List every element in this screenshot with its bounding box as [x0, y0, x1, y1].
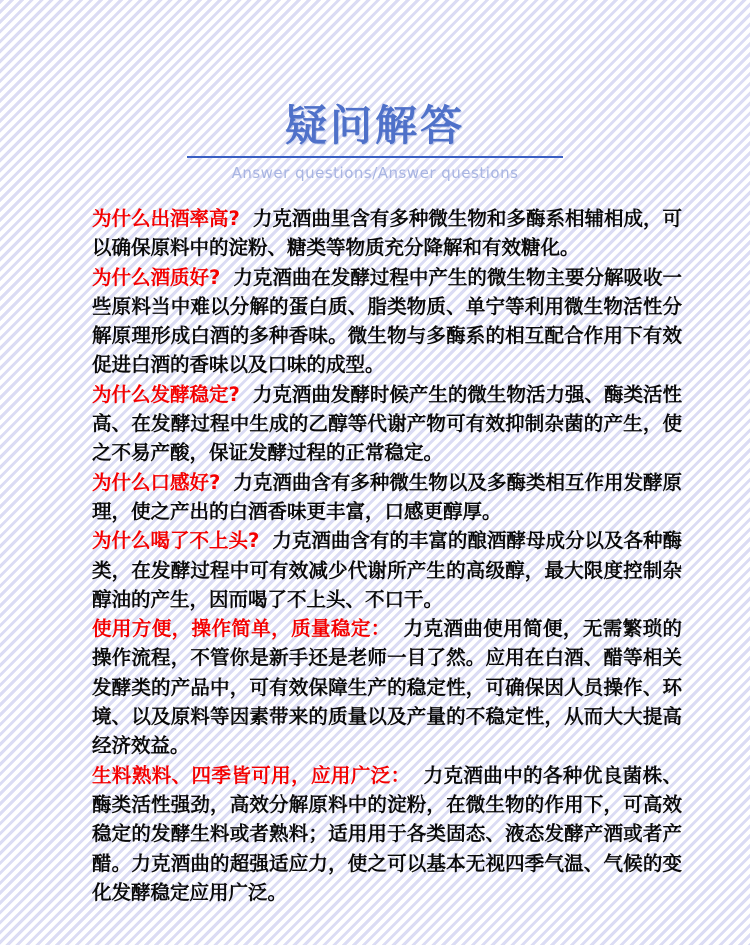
qa-info-page: 疑问解答 Answer questions/Answer questions 为… [0, 0, 750, 945]
question-text: 为什么口感好? [92, 471, 220, 494]
title-divider [187, 156, 563, 158]
qa-paragraph: 为什么喝了不上头?力克酒曲含有的丰富的酿酒酵母成分以及各种酶类，在发酵过程中可有… [92, 526, 682, 614]
qa-paragraph: 生料熟料、四季皆可用，应用广泛：力克酒曲中的各种优良菌株、酶类活性强劲，高效分解… [92, 761, 682, 907]
page-title: 疑问解答 [0, 104, 750, 148]
question-text: 为什么酒质好? [92, 266, 220, 289]
qa-paragraph: 为什么出酒率高?力克酒曲里含有多种微生物和多酶系相辅相成，可以确保原料中的淀粉、… [92, 204, 682, 263]
qa-paragraph: 为什么口感好?力克酒曲含有多种微生物以及多酶类相互作用发酵原理，使之产出的白酒香… [92, 468, 682, 527]
qa-content: 为什么出酒率高?力克酒曲里含有多种微生物和多酶系相辅相成，可以确保原料中的淀粉、… [92, 204, 682, 907]
page-subtitle: Answer questions/Answer questions [0, 165, 750, 181]
question-text: 生料熟料、四季皆可用，应用广泛： [92, 764, 411, 787]
qa-paragraph: 为什么发酵稳定?力克酒曲发酵时候产生的微生物活力强、酶类活性高、在发酵过程中生成… [92, 380, 682, 468]
question-text: 为什么发酵稳定? [92, 383, 240, 406]
qa-paragraph: 使用方便，操作简单，质量稳定：力克酒曲使用简便，无需繁琐的操作流程，不管你是新手… [92, 614, 682, 760]
qa-paragraph: 为什么酒质好?力克酒曲在发酵过程中产生的微生物主要分解吸收一些原料当中难以分解的… [92, 263, 682, 380]
question-text: 为什么喝了不上头? [92, 529, 259, 552]
question-text: 使用方便，操作简单，质量稳定： [92, 617, 391, 640]
page-header: 疑问解答 Answer questions/Answer questions [0, 0, 750, 181]
question-text: 为什么出酒率高? [92, 207, 240, 230]
